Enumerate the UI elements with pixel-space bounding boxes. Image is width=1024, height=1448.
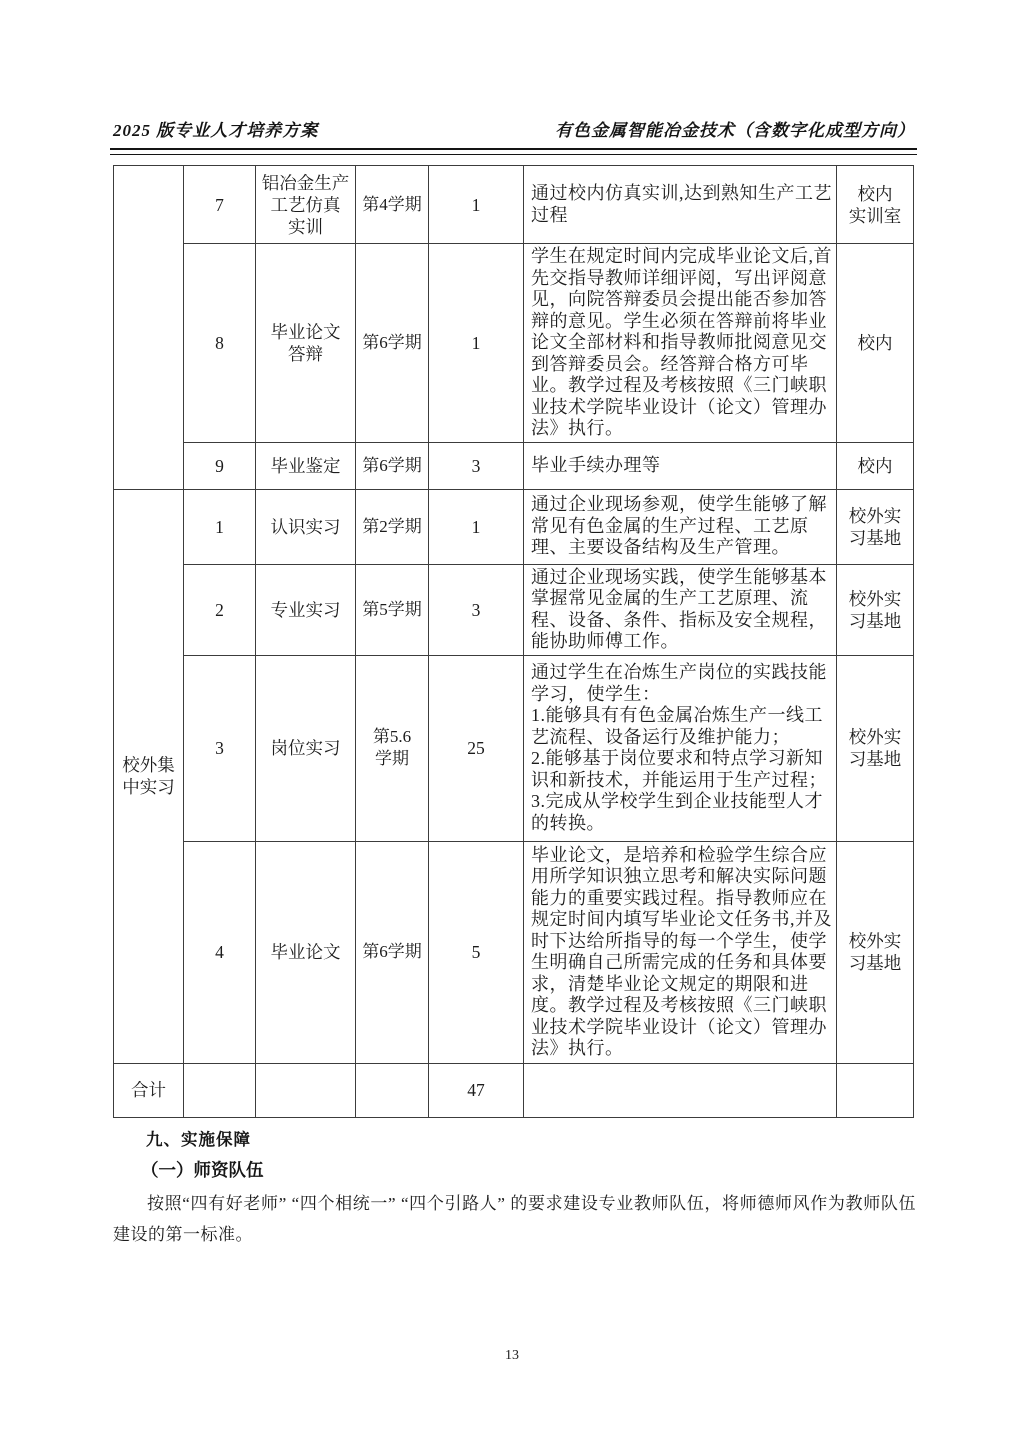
semester-cell: 第4学期: [356, 166, 429, 244]
no-cell: 8: [184, 244, 256, 443]
total-row: 合计 47: [114, 1063, 914, 1117]
weeks-cell: 1: [429, 244, 524, 443]
table-row: 7 铝冶金生产 工艺仿真 实训 第4学期 1 通过校内仿真实训,达到熟知生产工艺…: [114, 166, 914, 244]
desc-cell: 毕业论文，是培养和检验学生综合应用所学知识独立思考和解决实际问题能力的重要实践过…: [524, 841, 837, 1063]
total-label-cell: 合计: [114, 1063, 184, 1117]
semester-cell: 第5学期: [356, 564, 429, 655]
table-row: 9 毕业鉴定 第6学期 3 毕业手续办理等 校内: [114, 442, 914, 489]
total-weeks-cell: 47: [429, 1063, 524, 1117]
section-heading-level1: 九、实施保障: [146, 1126, 251, 1150]
header-right-title: 有色金属智能冶金技术（含数字化成型方向）: [555, 116, 915, 141]
header-double-rule: [110, 148, 917, 155]
name-cell: 认识实习: [256, 489, 356, 564]
semester-cell: 第2学期: [356, 489, 429, 564]
empty-cell: [524, 1063, 837, 1117]
empty-cell: [184, 1063, 256, 1117]
place-cell: 校外实 习基地: [837, 655, 914, 841]
desc-cell: 通过企业现场参观，使学生能够了解常见有色金属的生产过程、工艺原理、主要设备结构及…: [524, 489, 837, 564]
group-cell-off-campus: 校外集 中实习: [114, 489, 184, 1063]
semester-cell: 第6学期: [356, 442, 429, 489]
desc-cell: 通过学生在冶炼生产岗位的实践技能学习，使学生： 1.能够具有有色金属冶炼生产一线…: [524, 655, 837, 841]
section-heading-level2: （一）师资队伍: [141, 1157, 264, 1182]
body-paragraph: 按照“四有好老师” “四个相统一” “四个引路人” 的要求建设专业教师队伍，将师…: [113, 1188, 916, 1250]
name-cell: 毕业鉴定: [256, 442, 356, 489]
empty-cell: [837, 1063, 914, 1117]
table-row: 3 岗位实习 第5.6 学期 25 通过学生在冶炼生产岗位的实践技能学习，使学生…: [114, 655, 914, 841]
table-row: 8 毕业论文 答辩 第6学期 1 学生在规定时间内完成毕业论文后,首先交指导教师…: [114, 244, 914, 443]
no-cell: 4: [184, 841, 256, 1063]
weeks-cell: 1: [429, 489, 524, 564]
semester-cell: 第6学期: [356, 841, 429, 1063]
desc-cell: 通过校内仿真实训,达到熟知生产工艺过程: [524, 166, 837, 244]
place-cell: 校外实 习基地: [837, 489, 914, 564]
table-row: 校外集 中实习 1 认识实习 第2学期 1 通过企业现场参观，使学生能够了解常见…: [114, 489, 914, 564]
place-cell: 校内 实训室: [837, 166, 914, 244]
name-cell: 毕业论文 答辩: [256, 244, 356, 443]
empty-cell: [356, 1063, 429, 1117]
weeks-cell: 3: [429, 442, 524, 489]
place-cell: 校内: [837, 244, 914, 443]
semester-cell: 第6学期: [356, 244, 429, 443]
table-row: 4 毕业论文 第6学期 5 毕业论文，是培养和检验学生综合应用所学知识独立思考和…: [114, 841, 914, 1063]
place-cell: 校外实 习基地: [837, 841, 914, 1063]
desc-cell: 通过企业现场实践，使学生能够基本掌握常见金属的生产工艺原理、流程、设备、条件、指…: [524, 564, 837, 655]
place-cell: 校外实 习基地: [837, 564, 914, 655]
no-cell: 3: [184, 655, 256, 841]
weeks-cell: 1: [429, 166, 524, 244]
group-cell-continued: [114, 166, 184, 490]
place-cell: 校内: [837, 442, 914, 489]
semester-cell: 第5.6 学期: [356, 655, 429, 841]
document-page: 2025 版专业人才培养方案 有色金属智能冶金技术（含数字化成型方向） 7 铝冶…: [0, 0, 1024, 1448]
page-number: 13: [0, 1348, 1024, 1364]
table-row: 2 专业实习 第5学期 3 通过企业现场实践，使学生能够基本掌握常见金属的生产工…: [114, 564, 914, 655]
desc-cell: 学生在规定时间内完成毕业论文后,首先交指导教师详细评阅，写出评阅意见，向院答辩委…: [524, 244, 837, 443]
weeks-cell: 5: [429, 841, 524, 1063]
running-header: 2025 版专业人才培养方案 有色金属智能冶金技术（含数字化成型方向）: [113, 116, 915, 141]
name-cell: 毕业论文: [256, 841, 356, 1063]
practice-schedule-table: 7 铝冶金生产 工艺仿真 实训 第4学期 1 通过校内仿真实训,达到熟知生产工艺…: [113, 165, 914, 1118]
name-cell: 铝冶金生产 工艺仿真 实训: [256, 166, 356, 244]
no-cell: 1: [184, 489, 256, 564]
no-cell: 9: [184, 442, 256, 489]
name-cell: 专业实习: [256, 564, 356, 655]
weeks-cell: 3: [429, 564, 524, 655]
name-cell: 岗位实习: [256, 655, 356, 841]
no-cell: 7: [184, 166, 256, 244]
weeks-cell: 25: [429, 655, 524, 841]
desc-cell: 毕业手续办理等: [524, 442, 837, 489]
no-cell: 2: [184, 564, 256, 655]
header-left-title: 2025 版专业人才培养方案: [113, 116, 318, 141]
empty-cell: [256, 1063, 356, 1117]
